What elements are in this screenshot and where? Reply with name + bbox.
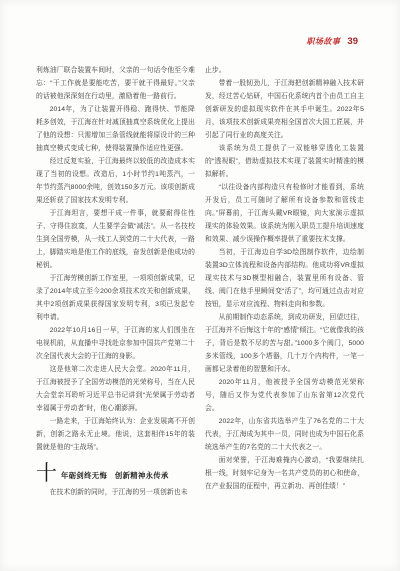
- paragraph: 该系统为员工提供了一双能够穿透化工装置的“透视眼”，借助虚拟技术实现了装置实时精…: [205, 142, 364, 181]
- paragraph: 2014年，为了让装置开得稳、跑得快、节能降耗多创效，于江海在针对减顶抽真空系统…: [36, 103, 195, 155]
- page-number: 39: [347, 36, 358, 47]
- section-heading: 十 年砺剑终无悔 创新精神永传承: [36, 464, 195, 482]
- left-column: 利炼油厂联合装置车间时，父亲的一句话令他至今难忘：“干工作就是要能吃苦，要干就干…: [36, 64, 195, 531]
- paragraph: 一路走来，于江海始终认为：企业发展离不开创新，创新之路永无止境。他说，这套相伴1…: [36, 415, 195, 454]
- right-column: 止步。 带着一股韧劲儿，于江海把创新精神融入技术研发，经过苦心钻研，中国石化系统…: [205, 64, 364, 531]
- paragraph: 带着一股韧劲儿，于江海把创新精神融入技术研发，经过苦心钻研，中国石化系统内首个由…: [205, 77, 364, 142]
- paragraph: 经过反复实验，于江海最终以较低的改造成本实现了当初的设想。改造后，1小时节约1吨…: [36, 155, 195, 207]
- heading-dropcap-character: 十: [36, 464, 57, 482]
- paragraph: 2022年10月16日一早，于江海的家人们围坐在电视机前，从直播中寻找赴京参加中…: [36, 324, 195, 363]
- paragraph: 利炼油厂联合装置车间时，父亲的一句话令他至今难忘：“干工作就是要能吃苦，要干就干…: [36, 64, 195, 103]
- magazine-page: 职场故事 39 利炼油厂联合装置车间时，父亲的一句话令他至今难忘：“干工作就是要…: [0, 0, 400, 571]
- paragraph: 于江海劳模创新工作室里，一项项创新成果，记录了2014年成立至今200余项技术攻…: [36, 272, 195, 324]
- paragraph: 2020年11月，他被授予全国劳动模范光荣称号，随后又作为党代表参加了山东省第1…: [205, 376, 364, 415]
- paragraph: 当初，于江海边自学3D绘图制作软件，边绘制装置3D立体流程和设备内部结构。他成功…: [205, 246, 364, 311]
- paragraph: 面对荣誉，于江海难掩内心激动，“我要继续扎根一线，时刻牢记身为一名共产党员的初心…: [205, 454, 364, 493]
- paragraph: 从前期制作动态系统，到成功研发，回望过往，于江海并不后悔这十年的“感情”倾注。“…: [205, 311, 364, 376]
- paragraph: 于江海坦言，要想干成一件事，就要耐得住性子、守得住寂寞，人生要学会做“减法”。从…: [36, 207, 195, 272]
- article-body: 利炼油厂联合装置车间时，父亲的一句话令他至今难忘：“干工作就是要能吃苦，要干就干…: [36, 64, 364, 531]
- paragraph: 止步。: [205, 64, 364, 77]
- paragraph: “以往设备内部构造只有检修时才能看到，系统开发后，员工可随时了解所有设备参数和管…: [205, 181, 364, 246]
- page-header: 职场故事 39: [306, 36, 358, 47]
- paragraph: 这是他第二次走进人民大会堂。2020年11月，于江海被授予了全国劳动模范的光荣称…: [36, 363, 195, 415]
- paragraph: 2022年，山东省共选举产生了76名党的二十大代表，于江海成为其中一员，同时也成…: [205, 415, 364, 454]
- section-label: 职场故事: [306, 36, 340, 47]
- subheading-text: 年砺剑终无悔 创新精神永传承: [61, 470, 169, 482]
- paragraph: 在技术创新的同时，于江海的另一项创新也未: [36, 486, 195, 499]
